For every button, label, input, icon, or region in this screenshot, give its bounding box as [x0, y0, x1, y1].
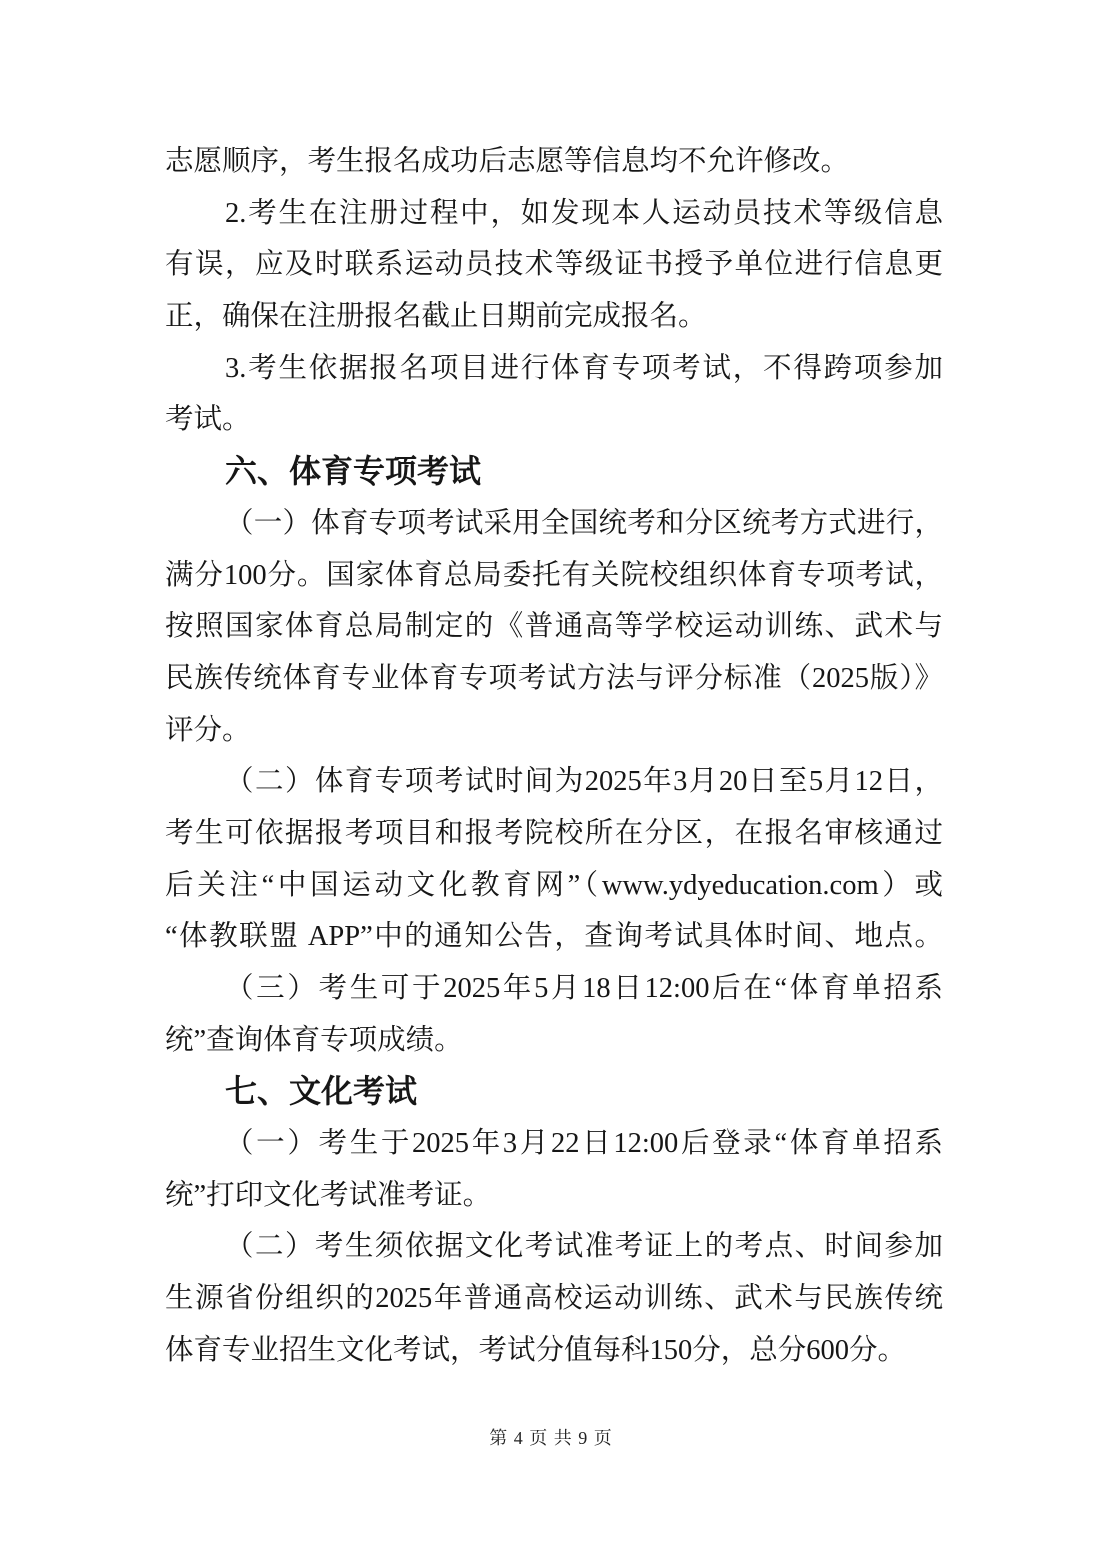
document-page: 志愿顺序，考生报名成功后志愿等信息均不允许修改。 2.考生在注册过程中，如发现本… [0, 0, 1102, 1559]
section-heading-culture-exam: 七、文化考试 [165, 1066, 943, 1118]
text-line: 按照国家体育总局制定的《普通高等学校运动训练、武术与 [165, 601, 943, 653]
text-line: 有误，应及时联系运动员技术等级证书授予单位进行信息更 [165, 239, 943, 291]
text-line: 民族传统体育专业体育专项考试方法与评分标准（2025版）》 [165, 653, 943, 705]
text-line: 考试。 [165, 394, 943, 446]
text-line: 统”打印文化考试准考证。 [165, 1170, 943, 1222]
page-number: 第 4 页 共 9 页 [489, 1428, 613, 1448]
text-line: 体育专业招生文化考试，考试分值每科150分，总分600分。 [165, 1325, 943, 1377]
text-line: （三）考生可于2025年5月18日12:00后在“体育单招系 [165, 963, 943, 1015]
text-line: （一）考生于2025年3月22日12:00后登录“体育单招系 [165, 1118, 943, 1170]
document-body: 志愿顺序，考生报名成功后志愿等信息均不允许修改。 2.考生在注册过程中，如发现本… [165, 136, 943, 1377]
text-line: 后关注“中国运动文化教育网”（www.ydyeducation.com）或 [165, 860, 943, 912]
text-line: 志愿顺序，考生报名成功后志愿等信息均不允许修改。 [165, 136, 943, 188]
section-heading-sports-exam: 六、体育专项考试 [165, 446, 943, 498]
text-line: 评分。 [165, 705, 943, 757]
text-line: 满分100分。国家体育总局委托有关院校组织体育专项考试， [165, 550, 943, 602]
text-line: 3.考生依据报名项目进行体育专项考试，不得跨项参加 [165, 343, 943, 395]
text-line: 生源省份组织的2025年普通高校运动训练、武术与民族传统 [165, 1273, 943, 1325]
page-footer: 第 4 页 共 9 页 [0, 1426, 1102, 1450]
text-line: （一）体育专项考试采用全国统考和分区统考方式进行， [165, 498, 943, 550]
text-line: 正，确保在注册报名截止日期前完成报名。 [165, 291, 943, 343]
text-line: 考生可依据报考项目和报考院校所在分区，在报名审核通过 [165, 808, 943, 860]
text-line: （二）体育专项考试时间为2025年3月20日至5月12日， [165, 756, 943, 808]
text-line: “体教联盟 APP”中的通知公告，查询考试具体时间、地点。 [165, 911, 943, 963]
text-line: 2.考生在注册过程中，如发现本人运动员技术等级信息 [165, 188, 943, 240]
text-line: 统”查询体育专项成绩。 [165, 1015, 943, 1067]
text-line: （二）考生须依据文化考试准考证上的考点、时间参加 [165, 1221, 943, 1273]
